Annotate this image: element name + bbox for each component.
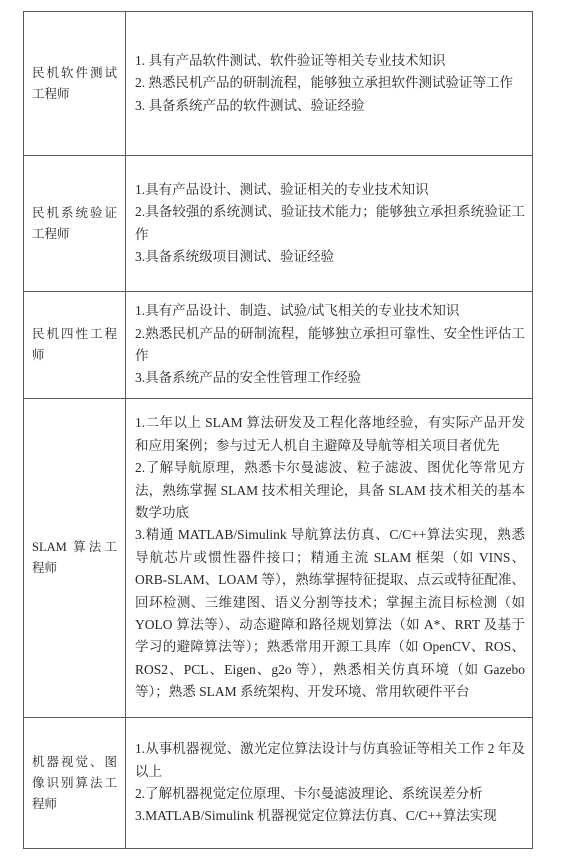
requirement-item: 1.具有产品设计、制造、试验/试飞相关的专业技术知识	[135, 300, 525, 322]
requirement-item: 1.二年以上 SLAM 算法研发及工程化落地经验，有实际产品开发和应用案例；参与…	[135, 412, 525, 457]
job-title: SLAM 算法工程师	[32, 537, 117, 579]
requirement-item: 3. 具备系统产品的软件测试、验证经验	[135, 95, 525, 117]
job-title-cell: 民机四性工程师	[24, 292, 126, 398]
job-title-cell: 机器视觉、图像识别算法工程师	[24, 718, 126, 848]
table-row: SLAM 算法工程师 1.二年以上 SLAM 算法研发及工程化落地经验，有实际产…	[24, 398, 532, 717]
requirements-list: 1.二年以上 SLAM 算法研发及工程化落地经验，有实际产品开发和应用案例；参与…	[135, 412, 525, 703]
job-title: 民机四性工程师	[32, 324, 117, 366]
document-page: 民机软件测试工程师 1. 具有产品软件测试、软件验证等相关专业技术知识2. 熟悉…	[0, 0, 561, 864]
requirement-item: 1.从事机器视觉、激光定位算法设计与仿真验证等相关工作 2 年及以上	[135, 738, 525, 783]
requirements-list: 1.具有产品设计、制造、试验/试飞相关的专业技术知识2.熟悉民机产品的研制流程，…	[135, 300, 525, 390]
requirement-item: 2.了解导航原理，熟悉卡尔曼滤波、粒子滤波、图优化等常见方法，熟练掌握 SLAM…	[135, 457, 525, 524]
requirement-item: 2. 熟悉民机产品的研制流程，能够独立承担软件测试验证等工作	[135, 72, 525, 94]
job-requirements-cell: 1.具有产品设计、测试、验证相关的专业技术知识2.具备较强的系统测试、验证技术能…	[126, 156, 532, 291]
requirement-item: 1.具有产品设计、测试、验证相关的专业技术知识	[135, 179, 525, 201]
requirement-item: 2.熟悉民机产品的研制流程，能够独立承担可靠性、安全性评估工作	[135, 323, 525, 368]
requirement-item: 3.MATLAB/Simulink 机器视觉定位算法仿真、C/C++算法实现	[135, 805, 525, 827]
job-requirements-cell: 1.从事机器视觉、激光定位算法设计与仿真验证等相关工作 2 年及以上2.了解机器…	[126, 718, 532, 848]
requirement-item: 3.精通 MATLAB/Simulink 导航算法仿真、C/C++算法实现，熟悉…	[135, 524, 525, 703]
job-requirements-cell: 1. 具有产品软件测试、软件验证等相关专业技术知识2. 熟悉民机产品的研制流程，…	[126, 12, 532, 155]
requirements-list: 1.从事机器视觉、激光定位算法设计与仿真验证等相关工作 2 年及以上2.了解机器…	[135, 738, 525, 828]
job-requirements-table: 民机软件测试工程师 1. 具有产品软件测试、软件验证等相关专业技术知识2. 熟悉…	[23, 11, 533, 849]
requirement-item: 2.了解机器视觉定位原理、卡尔曼滤波理论、系统误差分析	[135, 783, 525, 805]
requirement-item: 2.具备较强的系统测试、验证技术能力；能够独立承担系统验证工作	[135, 201, 525, 246]
job-title: 机器视觉、图像识别算法工程师	[32, 752, 117, 815]
requirement-item: 1. 具有产品软件测试、软件验证等相关专业技术知识	[135, 50, 525, 72]
table-row: 民机四性工程师 1.具有产品设计、制造、试验/试飞相关的专业技术知识2.熟悉民机…	[24, 291, 532, 398]
job-title-cell: 民机软件测试工程师	[24, 12, 126, 155]
job-title-cell: SLAM 算法工程师	[24, 399, 126, 717]
requirements-list: 1.具有产品设计、测试、验证相关的专业技术知识2.具备较强的系统测试、验证技术能…	[135, 179, 525, 269]
requirement-item: 3.具备系统产品的安全性管理工作经验	[135, 367, 525, 389]
job-requirements-cell: 1.具有产品设计、制造、试验/试飞相关的专业技术知识2.熟悉民机产品的研制流程，…	[126, 292, 532, 398]
table-row: 机器视觉、图像识别算法工程师 1.从事机器视觉、激光定位算法设计与仿真验证等相关…	[24, 717, 532, 848]
job-title: 民机软件测试工程师	[32, 63, 117, 105]
job-requirements-cell: 1.二年以上 SLAM 算法研发及工程化落地经验，有实际产品开发和应用案例；参与…	[126, 399, 532, 717]
table-row: 民机系统验证工程师 1.具有产品设计、测试、验证相关的专业技术知识2.具备较强的…	[24, 155, 532, 291]
requirements-list: 1. 具有产品软件测试、软件验证等相关专业技术知识2. 熟悉民机产品的研制流程，…	[135, 50, 525, 117]
job-title-cell: 民机系统验证工程师	[24, 156, 126, 291]
requirement-item: 3.具备系统级项目测试、验证经验	[135, 246, 525, 268]
job-title: 民机系统验证工程师	[32, 203, 117, 245]
table-row: 民机软件测试工程师 1. 具有产品软件测试、软件验证等相关专业技术知识2. 熟悉…	[24, 12, 532, 155]
